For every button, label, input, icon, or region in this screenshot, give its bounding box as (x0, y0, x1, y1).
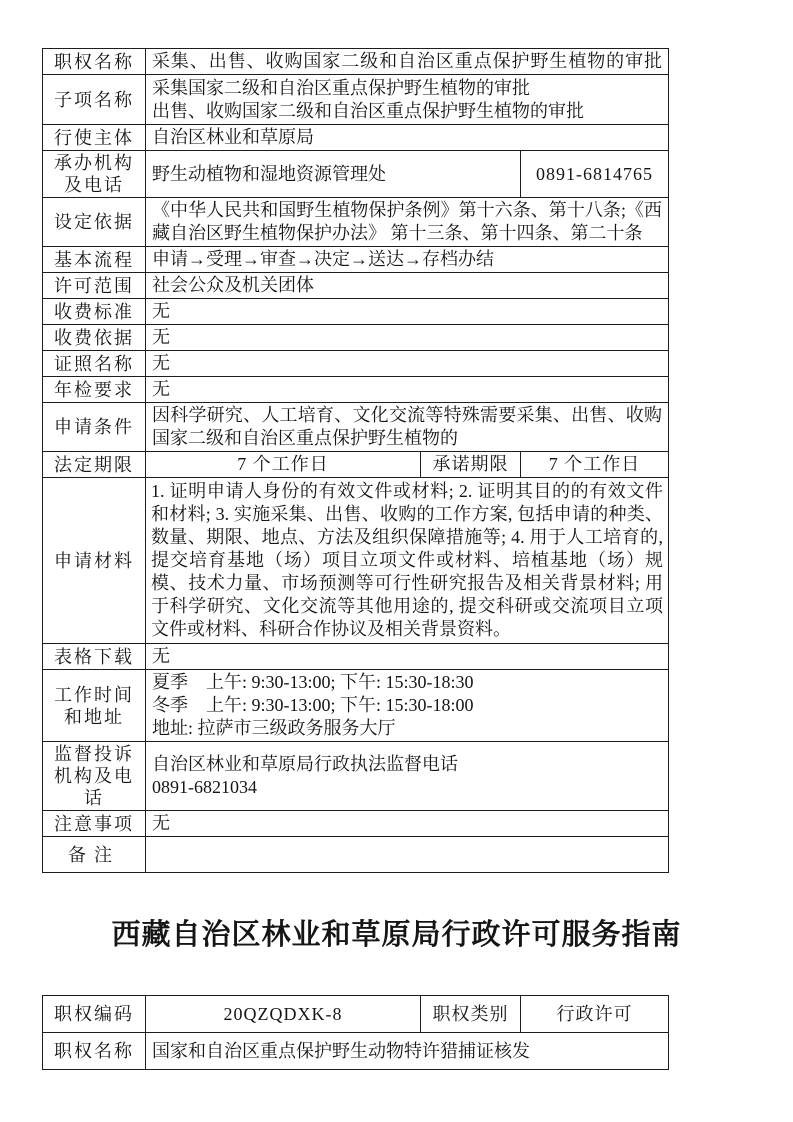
handling-agency-phone: 0891-6814765 (521, 151, 669, 198)
row-supervision: 监督投诉 机构及电话 自治区林业和草原局行政执法监督电话 0891-682103… (43, 742, 669, 811)
row-exercising-body: 行使主体 自治区林业和草原局 (43, 125, 669, 151)
row-authority-code: 职权编码 20QZQDXK-8 职权类别 行政许可 (43, 996, 669, 1033)
exercising-body-label: 行使主体 (43, 125, 146, 151)
row-form-download: 表格下载 无 (43, 644, 669, 670)
certificate-name-label: 证照名称 (43, 351, 146, 377)
row-subitem-name: 子项名称 采集国家二级和自治区重点保护野生植物的审批 出售、收购国家二级和自治区… (43, 75, 669, 125)
row-basic-process: 基本流程 申请→受理→审查→决定→送达→存档办结 (43, 247, 669, 273)
row-certificate-name: 证照名称 无 (43, 351, 669, 377)
legal-basis-value: 《中华人民共和国野生植物保护条例》第十六条、第十八条;《西藏自治区野生植物保护办… (146, 198, 669, 247)
subitem-line-1: 采集国家二级和自治区重点保护野生植物的审批 (152, 77, 662, 100)
row-work-time-address: 工作时间 和地址 夏季 上午: 9:30-13:00; 下午: 15:30-18… (43, 670, 669, 742)
annual-check-value: 无 (146, 377, 669, 403)
authority-category-value: 行政许可 (521, 996, 669, 1033)
row-license-scope: 许可范围 社会公众及机关团体 (43, 273, 669, 299)
work-time-label-line-1: 工作时间 (45, 684, 143, 706)
row-application-conditions: 申请条件 因科学研究、人工培育、文化交流等特殊需要采集、出售、收购国家二级和自治… (43, 403, 669, 452)
application-conditions-value: 因科学研究、人工培育、文化交流等特殊需要采集、出售、收购国家二级和自治区重点保护… (146, 403, 669, 452)
work-time-address-label: 工作时间 和地址 (43, 670, 146, 742)
statutory-period-value: 7 个工作日 (146, 452, 421, 478)
work-time-line-summer: 夏季 上午: 9:30-13:00; 下午: 15:30-18:30 (152, 671, 662, 694)
row-statutory-period: 法定期限 7 个工作日 承诺期限 7 个工作日 (43, 452, 669, 478)
authority-code-label: 职权编码 (43, 996, 146, 1033)
application-conditions-label: 申请条件 (43, 403, 146, 452)
supervision-label: 监督投诉 机构及电话 (43, 742, 146, 811)
authority-name-label: 职权名称 (43, 49, 146, 75)
authority-category-label: 职权类别 (421, 996, 521, 1033)
notes-value: 无 (146, 811, 669, 837)
handling-agency-value: 野生动植物和湿地资源管理处 (146, 151, 521, 198)
next-guide-table: 职权编码 20QZQDXK-8 职权类别 行政许可 职权名称 国家和自治区重点保… (42, 995, 669, 1070)
license-scope-label: 许可范围 (43, 273, 146, 299)
supervision-label-line-1: 监督投诉 (45, 743, 143, 765)
row-application-materials: 申请材料 1. 证明申请人身份的有效文件或材料; 2. 证明其目的的有效文件和材… (43, 478, 669, 644)
handling-agency-label: 承办机构 及电话 (43, 151, 146, 198)
authority-name-2-value: 国家和自治区重点保护野生动物特许猎捕证核发 (146, 1033, 669, 1070)
fee-standard-value: 无 (146, 299, 669, 325)
page-title: 西藏自治区林业和草原局行政许可服务指南 (0, 912, 793, 953)
service-guide-table: 职权名称 采集、出售、收购国家二级和自治区重点保护野生植物的审批 子项名称 采集… (42, 48, 669, 873)
remarks-label: 备注 (43, 837, 146, 873)
basic-process-value: 申请→受理→审查→决定→送达→存档办结 (146, 247, 669, 273)
work-time-line-winter: 冬季 上午: 9:30-13:00; 下午: 15:30-18:00 (152, 694, 662, 717)
fee-basis-value: 无 (146, 325, 669, 351)
work-time-address-value: 夏季 上午: 9:30-13:00; 下午: 15:30-18:30 冬季 上午… (146, 670, 669, 742)
remarks-value (146, 837, 669, 873)
row-handling-agency: 承办机构 及电话 野生动植物和湿地资源管理处 0891-6814765 (43, 151, 669, 198)
supervision-phone-line: 0891-6821034 (152, 776, 662, 799)
application-materials-value: 1. 证明申请人身份的有效文件或材料; 2. 证明其目的的有效文件和材料; 3.… (146, 478, 669, 644)
exercising-body-value: 自治区林业和草原局 (146, 125, 669, 151)
legal-basis-label: 设定依据 (43, 198, 146, 247)
supervision-label-line-2: 机构及电话 (45, 765, 143, 809)
row-annual-check: 年检要求 无 (43, 377, 669, 403)
fee-basis-label: 收费依据 (43, 325, 146, 351)
subitem-name-label: 子项名称 (43, 75, 146, 125)
authority-code-value: 20QZQDXK-8 (146, 996, 421, 1033)
authority-name-2-label: 职权名称 (43, 1033, 146, 1070)
row-fee-standard: 收费标准 无 (43, 299, 669, 325)
annual-check-label: 年检要求 (43, 377, 146, 403)
supervision-value: 自治区林业和草原局行政执法监督电话 0891-6821034 (146, 742, 669, 811)
document-page: 职权名称 采集、出售、收购国家二级和自治区重点保护野生植物的审批 子项名称 采集… (0, 0, 793, 1122)
subitem-line-2: 出售、收购国家二级和自治区重点保护野生植物的审批 (152, 100, 662, 123)
handling-agency-label-line-1: 承办机构 (45, 152, 143, 174)
row-legal-basis: 设定依据 《中华人民共和国野生植物保护条例》第十六条、第十八条;《西藏自治区野生… (43, 198, 669, 247)
authority-name-value: 采集、出售、收购国家二级和自治区重点保护野生植物的审批 (146, 49, 669, 75)
application-materials-label: 申请材料 (43, 478, 146, 644)
work-time-label-line-2: 和地址 (45, 706, 143, 728)
row-notes: 注意事项 无 (43, 811, 669, 837)
row-authority-name: 职权名称 采集、出售、收购国家二级和自治区重点保护野生植物的审批 (43, 49, 669, 75)
promise-period-value: 7 个工作日 (521, 452, 669, 478)
row-fee-basis: 收费依据 无 (43, 325, 669, 351)
row-remarks: 备注 (43, 837, 669, 873)
notes-label: 注意事项 (43, 811, 146, 837)
row-authority-name-2: 职权名称 国家和自治区重点保护野生动物特许猎捕证核发 (43, 1033, 669, 1070)
license-scope-value: 社会公众及机关团体 (146, 273, 669, 299)
statutory-period-label: 法定期限 (43, 452, 146, 478)
fee-standard-label: 收费标准 (43, 299, 146, 325)
subitem-name-value: 采集国家二级和自治区重点保护野生植物的审批 出售、收购国家二级和自治区重点保护野… (146, 75, 669, 125)
supervision-org-line: 自治区林业和草原局行政执法监督电话 (152, 753, 662, 776)
handling-agency-label-line-2: 及电话 (45, 174, 143, 196)
form-download-label: 表格下载 (43, 644, 146, 670)
certificate-name-value: 无 (146, 351, 669, 377)
work-address-line: 地址: 拉萨市三级政务服务大厅 (152, 717, 662, 740)
form-download-value: 无 (146, 644, 669, 670)
basic-process-label: 基本流程 (43, 247, 146, 273)
promise-period-label: 承诺期限 (421, 452, 521, 478)
